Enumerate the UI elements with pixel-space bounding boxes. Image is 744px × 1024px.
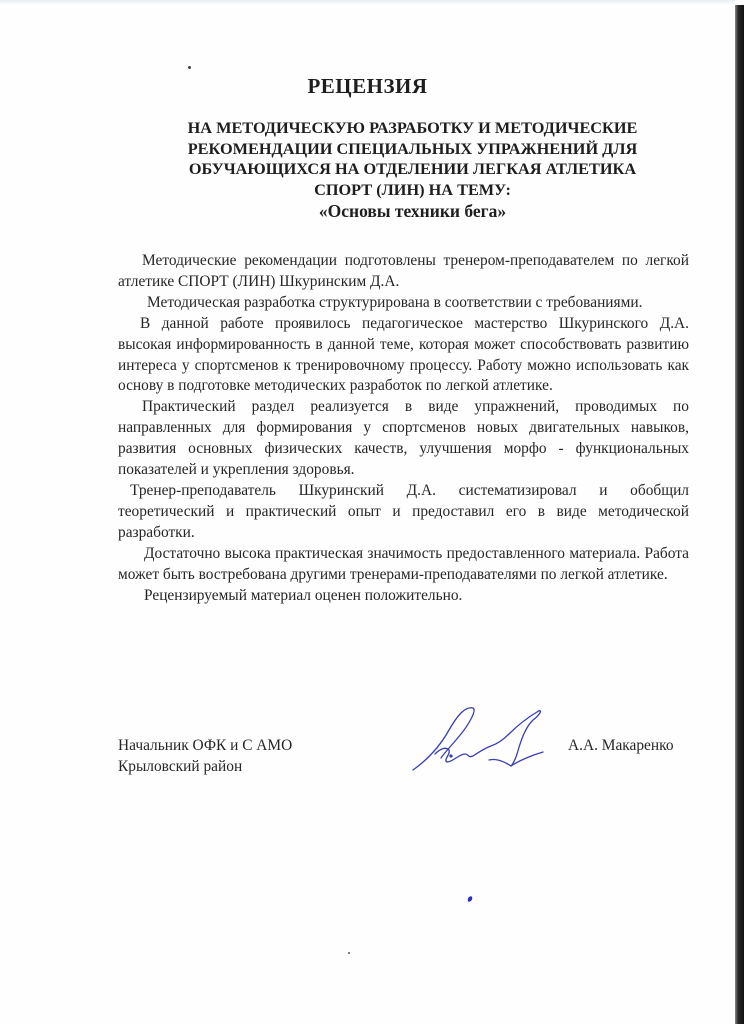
subtitle-line: СПОРТ (ЛИН) НА ТЕМУ: [140, 180, 685, 201]
scan-speck [348, 952, 350, 954]
scan-speck [188, 66, 191, 69]
handwritten-signature-icon [405, 700, 555, 775]
signatory-name: А.А. Макаренко [568, 735, 674, 756]
document-theme: «Основы техники бега» [140, 201, 685, 222]
signatory-position: Начальник ОФК и С АМО Крыловский район [118, 735, 292, 777]
review-body: Методические рекомендации подготовлены т… [118, 251, 689, 606]
position-line: Начальник ОФК и С АМО [118, 735, 292, 756]
paragraph: Тренер-преподаватель Шкуринский Д.А. сис… [118, 481, 689, 544]
subtitle-line: РЕКОМЕНДАЦИИ СПЕЦИАЛЬНЫХ УПРАЖНЕНИЙ ДЛЯ [140, 139, 685, 160]
subtitle-line: НА МЕТОДИЧЕСКУЮ РАЗРАБОТКУ И МЕТОДИЧЕСКИ… [140, 118, 685, 139]
scan-speck-ink [467, 895, 473, 902]
document-page: РЕЦЕНЗИЯ НА МЕТОДИЧЕСКУЮ РАЗРАБОТКУ И МЕ… [0, 0, 735, 1024]
scan-right-edge [735, 5, 744, 1024]
position-line: Крыловский район [118, 756, 292, 777]
paragraph: В данной работе проявилось педагогическо… [118, 314, 689, 398]
document-title: РЕЦЕНЗИЯ [0, 74, 735, 99]
paragraph: Рецензируемый материал оценен положитель… [118, 586, 689, 607]
document-subtitle: НА МЕТОДИЧЕСКУЮ РАЗРАБОТКУ И МЕТОДИЧЕСКИ… [140, 118, 685, 222]
paragraph: Достаточно высока практическая значимост… [118, 544, 689, 586]
paragraph: Методическая разработка структурирована … [118, 293, 689, 314]
paragraph: Методические рекомендации подготовлены т… [118, 251, 689, 293]
scan-top-edge [0, 0, 735, 5]
subtitle-line: ОБУЧАЮЩИХСЯ НА ОТДЕЛЕНИИ ЛЕГКАЯ АТЛЕТИКА [140, 159, 685, 180]
paragraph: Практический раздел реализуется в виде у… [118, 397, 689, 481]
